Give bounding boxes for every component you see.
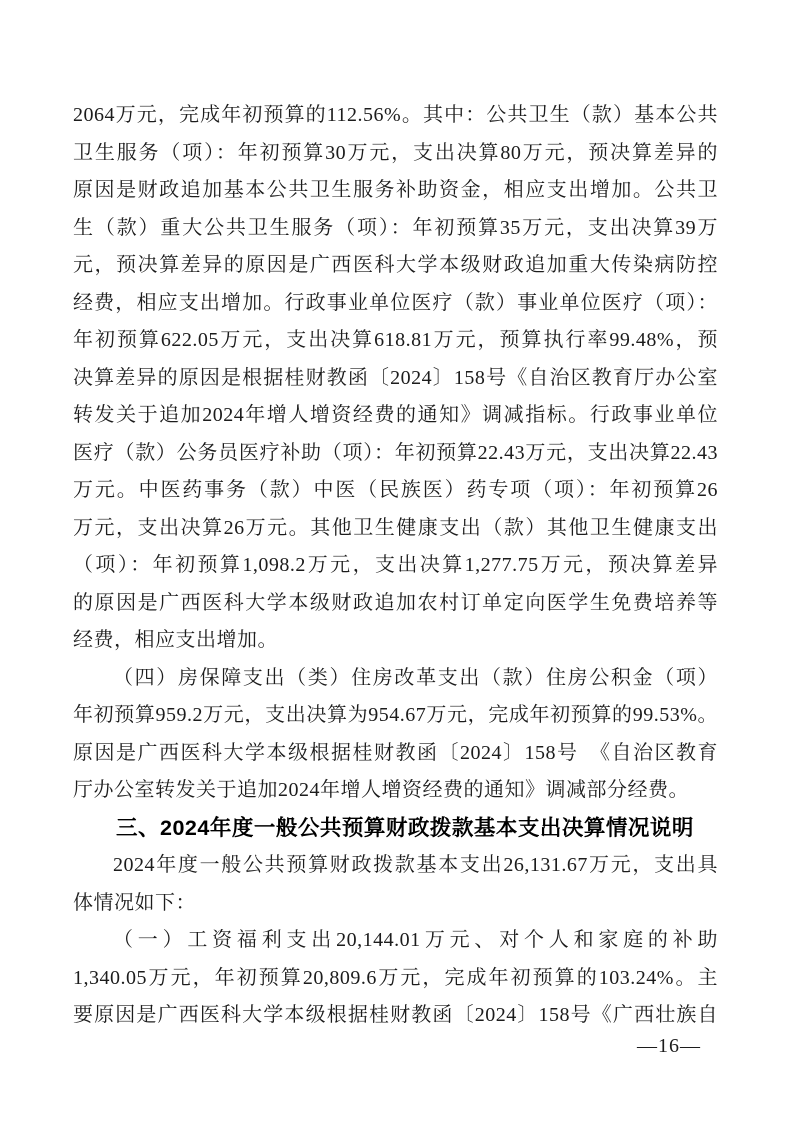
- text-line: 年初预算622.05万元，支出决算618.81万元，预算执行率99.48%，预: [73, 322, 718, 360]
- text-line: 万元，支出决算26万元。其他卫生健康支出（款）其他卫生健康支出: [73, 510, 718, 548]
- text-line: 年初预算959.2万元，支出决算为954.67万元，完成年初预算的99.53%。: [73, 697, 718, 735]
- text-line: 2064万元，完成年初预算的112.56%。其中：公共卫生（款）基本公共: [73, 97, 718, 135]
- text-line: 2024年度一般公共预算财政拨款基本支出26,131.67万元，支出具: [73, 847, 718, 885]
- document-body: 2064万元，完成年初预算的112.56%。其中：公共卫生（款）基本公共卫生服务…: [73, 97, 718, 1035]
- text-line: （项）：年初预算1,098.2万元，支出决算1,277.75万元，预决算差异: [73, 547, 718, 585]
- text-line: 医疗（款）公务员医疗补助（项）：年初预算22.43万元，支出决算22.43: [73, 435, 718, 473]
- text-line: 的原因是广西医科大学本级财政追加农村订单定向医学生免费培养等: [73, 585, 718, 623]
- text-line: 决算差异的原因是根据桂财教函〔2024〕158号《自治区教育厅办公室: [73, 360, 718, 398]
- text-line: 万元。中医药事务（款）中医（民族医）药专项（项）：年初预算26: [73, 472, 718, 510]
- text-line: 要原因是广西医科大学本级根据桂财教函〔2024〕158号《广西壮族自: [73, 997, 718, 1035]
- text-line: （一）工资福利支出20,144.01万元、对个人和家庭的补助: [73, 922, 718, 960]
- section-heading: 三、2024年度一般公共预算财政拨款基本支出决算情况说明: [73, 810, 718, 848]
- text-line: 经费，相应支出增加。: [73, 622, 718, 660]
- text-line: 卫生服务（项）：年初预算30万元，支出决算80万元，预决算差异的: [73, 135, 718, 173]
- page-number: —16—: [637, 1035, 701, 1058]
- text-line: 经费，相应支出增加。行政事业单位医疗（款）事业单位医疗（项）：: [73, 285, 718, 323]
- text-line: 原因是财政追加基本公共卫生服务补助资金，相应支出增加。公共卫: [73, 172, 718, 210]
- document-page: 2064万元，完成年初预算的112.56%。其中：公共卫生（款）基本公共卫生服务…: [0, 0, 793, 1122]
- text-line: 体情况如下：: [73, 885, 718, 923]
- text-line: 元，预决算差异的原因是广西医科大学本级财政追加重大传染病防控: [73, 247, 718, 285]
- text-line: 1,340.05万元，年初预算20,809.6万元，完成年初预算的103.24%…: [73, 960, 718, 998]
- text-line: 原因是广西医科大学本级根据桂财教函〔2024〕158号 《自治区教育: [73, 735, 718, 773]
- text-line: 厅办公室转发关于追加2024年增人增资经费的通知》调减部分经费。: [73, 772, 718, 810]
- text-line: 转发关于追加2024年增人增资经费的通知》调减指标。行政事业单位: [73, 397, 718, 435]
- text-line: 生（款）重大公共卫生服务（项）：年初预算35万元，支出决算39万: [73, 210, 718, 248]
- text-line: （四）房保障支出（类）住房改革支出（款）住房公积金（项）: [73, 660, 718, 698]
